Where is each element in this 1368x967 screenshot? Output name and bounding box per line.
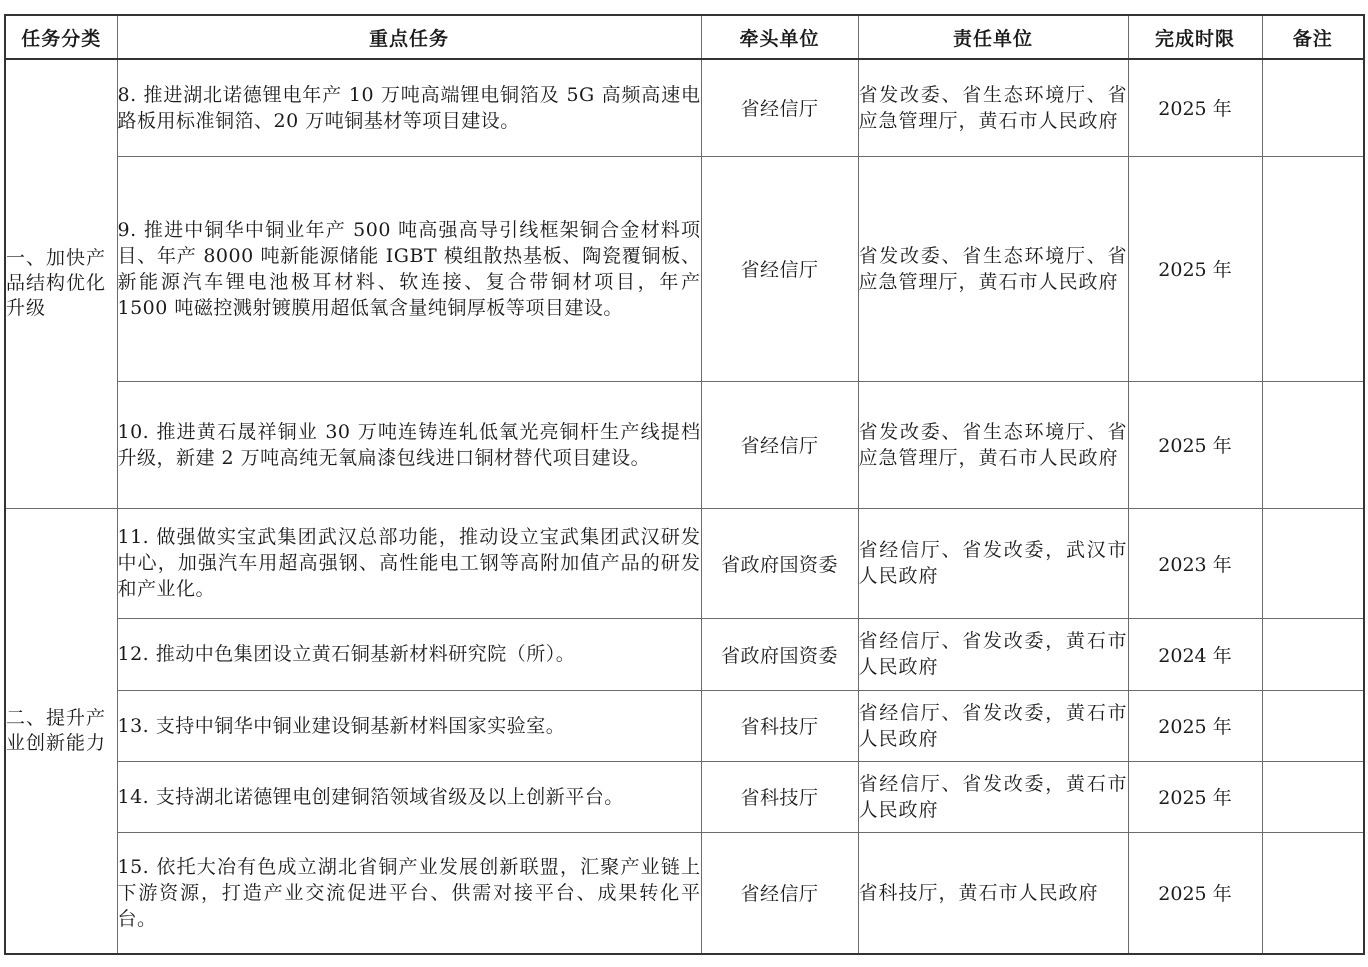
responsible-units-cell: 省经信厅、省发改委，黄石市人民政府: [858, 690, 1128, 761]
note-cell: [1262, 508, 1364, 618]
deadline-cell: 2025 年: [1128, 832, 1262, 954]
note-cell: [1262, 618, 1364, 690]
header-note: 备注: [1262, 15, 1364, 59]
table-row: 二、提升产业创新能力 11. 做强做实宝武集团武汉总部功能，推动设立宝武集团武汉…: [5, 508, 1364, 618]
lead-unit-cell: 省政府国资委: [701, 508, 858, 618]
table-row: 12. 推动中色集团设立黄石铜基新材料研究院（所）。 省政府国资委 省经信厅、省…: [5, 618, 1364, 690]
task-cell: 8. 推进湖北诺德锂电年产 10 万吨高端锂电铜箔及 5G 高频高速电路板用标准…: [117, 59, 701, 156]
header-task: 重点任务: [117, 15, 701, 59]
task-cell: 10. 推进黄石晟祥铜业 30 万吨连铸连轧低氧光亮铜杆生产线提档升级，新建 2…: [117, 381, 701, 508]
note-cell: [1262, 832, 1364, 954]
deadline-cell: 2024 年: [1128, 618, 1262, 690]
lead-unit-cell: 省经信厅: [701, 59, 858, 156]
table-row: 15. 依托大冶有色成立湖北省铜产业发展创新联盟，汇聚产业链上下游资源，打造产业…: [5, 832, 1364, 954]
category-cell: 二、提升产业创新能力: [5, 508, 117, 954]
responsible-units-cell: 省经信厅、省发改委，黄石市人民政府: [858, 618, 1128, 690]
task-cell: 12. 推动中色集团设立黄石铜基新材料研究院（所）。: [117, 618, 701, 690]
responsible-units-cell: 省经信厅、省发改委，黄石市人民政府: [858, 761, 1128, 832]
table-row: 9. 推进中铜华中铜业年产 500 吨高强高导引线框架铜合金材料项目、年产 80…: [5, 156, 1364, 381]
task-cell: 11. 做强做实宝武集团武汉总部功能，推动设立宝武集团武汉研发中心，加强汽车用超…: [117, 508, 701, 618]
responsible-units-cell: 省经信厅、省发改委，武汉市人民政府: [858, 508, 1128, 618]
note-cell: [1262, 59, 1364, 156]
table-row: 一、加快产品结构优化升级 8. 推进湖北诺德锂电年产 10 万吨高端锂电铜箔及 …: [5, 59, 1364, 156]
task-cell: 15. 依托大冶有色成立湖北省铜产业发展创新联盟，汇聚产业链上下游资源，打造产业…: [117, 832, 701, 954]
deadline-cell: 2025 年: [1128, 690, 1262, 761]
key-tasks-table: 任务分类 重点任务 牵头单位 责任单位 完成时限 备注 一、加快产品结构优化升级…: [4, 14, 1365, 955]
lead-unit-cell: 省经信厅: [701, 832, 858, 954]
lead-unit-cell: 省科技厅: [701, 690, 858, 761]
deadline-cell: 2023 年: [1128, 508, 1262, 618]
deadline-cell: 2025 年: [1128, 156, 1262, 381]
note-cell: [1262, 156, 1364, 381]
note-cell: [1262, 690, 1364, 761]
category-cell: 一、加快产品结构优化升级: [5, 59, 117, 508]
lead-unit-cell: 省经信厅: [701, 381, 858, 508]
header-category: 任务分类: [5, 15, 117, 59]
responsible-units-cell: 省发改委、省生态环境厅、省应急管理厅，黄石市人民政府: [858, 156, 1128, 381]
lead-unit-cell: 省政府国资委: [701, 618, 858, 690]
table-header-row: 任务分类 重点任务 牵头单位 责任单位 完成时限 备注: [5, 15, 1364, 59]
header-responsible-units: 责任单位: [858, 15, 1128, 59]
deadline-cell: 2025 年: [1128, 381, 1262, 508]
header-lead-unit: 牵头单位: [701, 15, 858, 59]
task-cell: 13. 支持中铜华中铜业建设铜基新材料国家实验室。: [117, 690, 701, 761]
responsible-units-cell: 省科技厅，黄石市人民政府: [858, 832, 1128, 954]
deadline-cell: 2025 年: [1128, 761, 1262, 832]
task-cell: 9. 推进中铜华中铜业年产 500 吨高强高导引线框架铜合金材料项目、年产 80…: [117, 156, 701, 381]
header-deadline: 完成时限: [1128, 15, 1262, 59]
lead-unit-cell: 省科技厅: [701, 761, 858, 832]
responsible-units-cell: 省发改委、省生态环境厅、省应急管理厅，黄石市人民政府: [858, 381, 1128, 508]
note-cell: [1262, 381, 1364, 508]
table-row: 10. 推进黄石晟祥铜业 30 万吨连铸连轧低氧光亮铜杆生产线提档升级，新建 2…: [5, 381, 1364, 508]
lead-unit-cell: 省经信厅: [701, 156, 858, 381]
task-cell: 14. 支持湖北诺德锂电创建铜箔领域省级及以上创新平台。: [117, 761, 701, 832]
note-cell: [1262, 761, 1364, 832]
table-row: 13. 支持中铜华中铜业建设铜基新材料国家实验室。 省科技厅 省经信厅、省发改委…: [5, 690, 1364, 761]
table-row: 14. 支持湖北诺德锂电创建铜箔领域省级及以上创新平台。 省科技厅 省经信厅、省…: [5, 761, 1364, 832]
responsible-units-cell: 省发改委、省生态环境厅、省应急管理厅，黄石市人民政府: [858, 59, 1128, 156]
deadline-cell: 2025 年: [1128, 59, 1262, 156]
